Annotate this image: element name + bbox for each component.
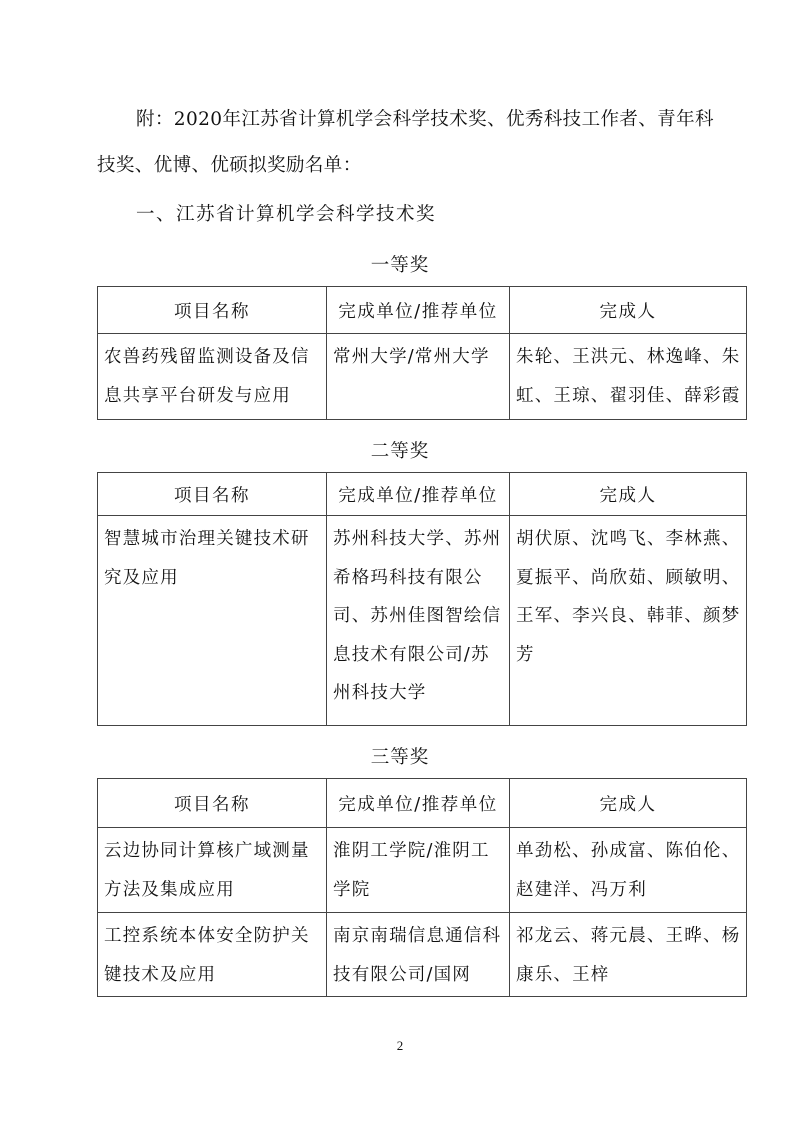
table-header-row: 项目名称 完成单位/推荐单位 完成人 — [98, 779, 747, 828]
award-table-first: 项目名称 完成单位/推荐单位 完成人 农兽药残留监测设备及信息共享平台研发与应用… — [97, 286, 747, 420]
cell-unit: 常州大学/常州大学 — [327, 334, 510, 420]
header-unit: 完成单位/推荐单位 — [327, 287, 510, 334]
table-header-row: 项目名称 完成单位/推荐单位 完成人 — [98, 473, 747, 516]
intro-line-2: 技奖、优博、优硕拟奖励名单： — [97, 154, 362, 178]
award-title-third: 三等奖 — [0, 746, 800, 770]
award-title-second: 二等奖 — [0, 440, 800, 464]
header-project: 项目名称 — [98, 779, 327, 828]
award-title-first: 一等奖 — [0, 254, 800, 278]
header-unit: 完成单位/推荐单位 — [327, 779, 510, 828]
cell-people: 朱轮、王洪元、林逸峰、朱虹、王琼、翟羽佳、薛彩霞 — [510, 334, 747, 420]
header-project: 项目名称 — [98, 473, 327, 516]
header-people: 完成人 — [510, 287, 747, 334]
cell-unit: 南京南瑞信息通信科技有限公司/国网 — [327, 913, 510, 997]
award-table-third: 项目名称 完成单位/推荐单位 完成人 云边协同计算核广域测量方法及集成应用 淮阴… — [97, 778, 747, 997]
cell-people: 祁龙云、蒋元晨、王晔、杨康乐、王梓 — [510, 913, 747, 997]
header-people: 完成人 — [510, 779, 747, 828]
cell-project: 云边协同计算核广域测量方法及集成应用 — [98, 828, 327, 913]
table-header-row: 项目名称 完成单位/推荐单位 完成人 — [98, 287, 747, 334]
cell-unit: 苏州科技大学、苏州希格玛科技有限公司、苏州佳图智绘信息技术有限公司/苏州科技大学 — [327, 516, 510, 726]
header-unit: 完成单位/推荐单位 — [327, 473, 510, 516]
table-row: 工控系统本体安全防护关键技术及应用 南京南瑞信息通信科技有限公司/国网 祁龙云、… — [98, 913, 747, 997]
intro-line-1: 附：2020年江苏省计算机学会科学技术奖、优秀科技工作者、青年科 — [136, 108, 714, 132]
page-number: 2 — [0, 1038, 800, 1054]
header-project: 项目名称 — [98, 287, 327, 334]
document-page: 附：2020年江苏省计算机学会科学技术奖、优秀科技工作者、青年科 技奖、优博、优… — [0, 0, 800, 1131]
table-row: 智慧城市治理关键技术研究及应用 苏州科技大学、苏州希格玛科技有限公司、苏州佳图智… — [98, 516, 747, 726]
cell-project: 工控系统本体安全防护关键技术及应用 — [98, 913, 327, 997]
section-heading: 一、江苏省计算机学会科学技术奖 — [136, 203, 436, 227]
table-row: 云边协同计算核广域测量方法及集成应用 淮阴工学院/淮阴工学院 单劲松、孙成富、陈… — [98, 828, 747, 913]
cell-project: 智慧城市治理关键技术研究及应用 — [98, 516, 327, 726]
cell-project: 农兽药残留监测设备及信息共享平台研发与应用 — [98, 334, 327, 420]
header-people: 完成人 — [510, 473, 747, 516]
table-row: 农兽药残留监测设备及信息共享平台研发与应用 常州大学/常州大学 朱轮、王洪元、林… — [98, 334, 747, 420]
cell-unit: 淮阴工学院/淮阴工学院 — [327, 828, 510, 913]
award-table-second: 项目名称 完成单位/推荐单位 完成人 智慧城市治理关键技术研究及应用 苏州科技大… — [97, 472, 747, 726]
cell-people: 胡伏原、沈鸣飞、李林燕、夏振平、尚欣茹、顾敏明、王军、李兴良、韩菲、颜梦芳 — [510, 516, 747, 726]
cell-people: 单劲松、孙成富、陈伯伦、赵建洋、冯万利 — [510, 828, 747, 913]
